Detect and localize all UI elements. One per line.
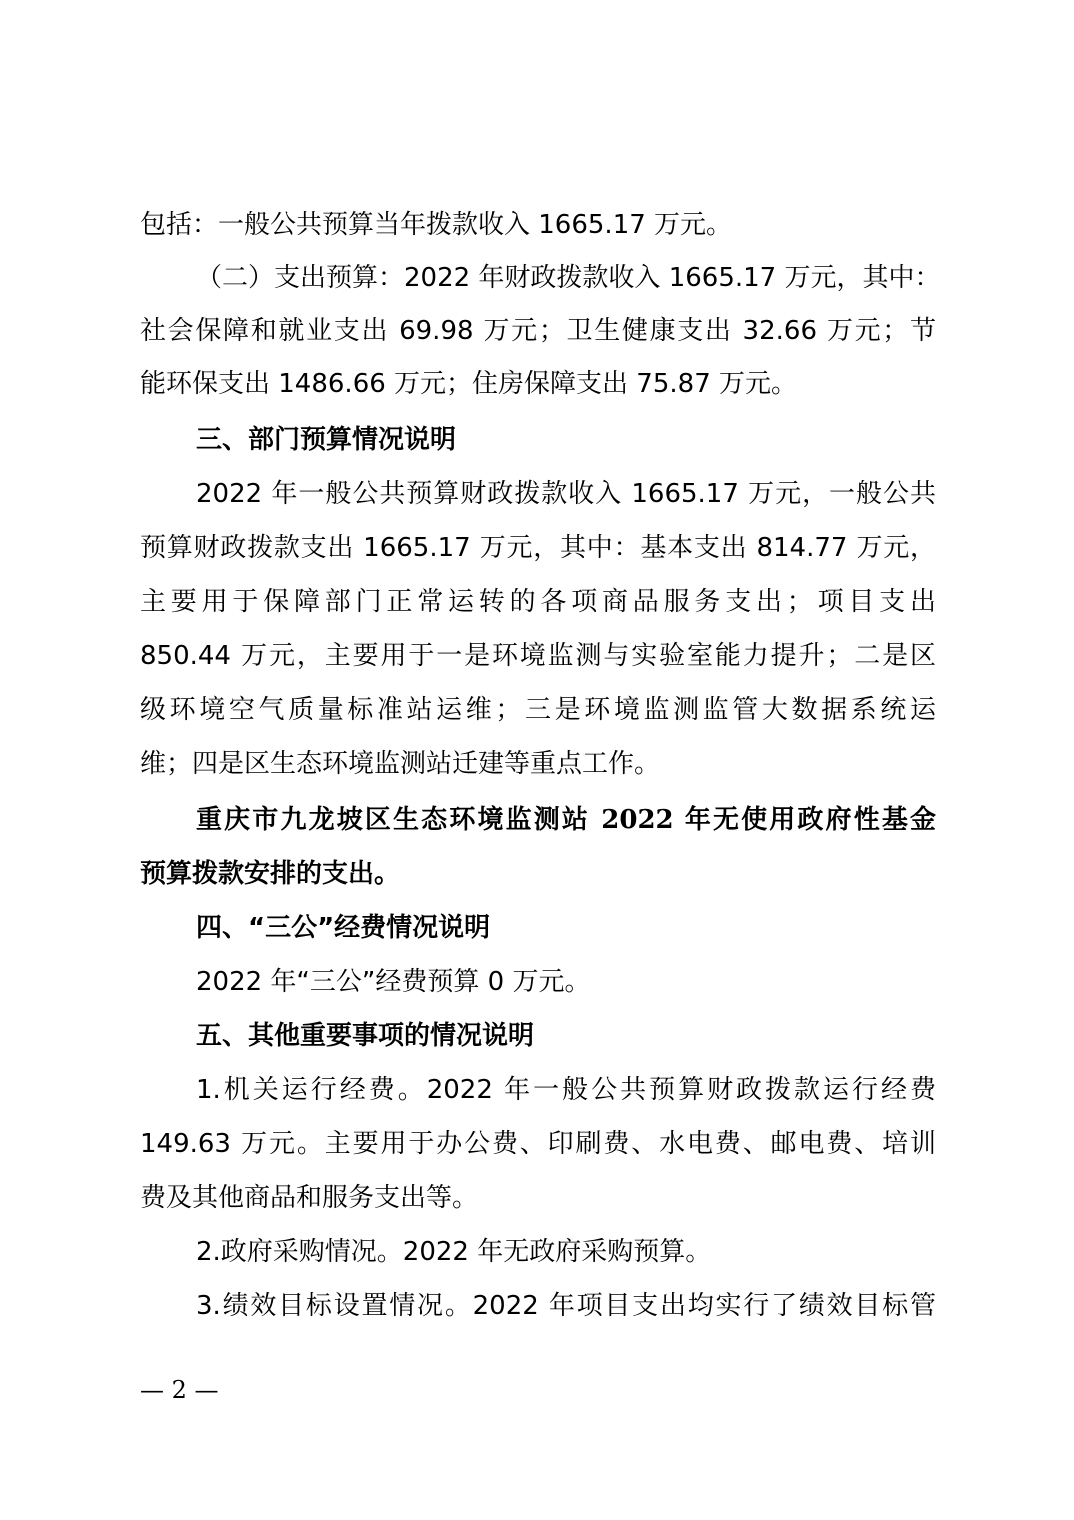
section-heading: 四、“三公”经费情况说明 (140, 908, 936, 948)
text-line: 3.绩效目标设置情况。2022 年项目支出均实行了绩效目标管 (140, 1286, 936, 1326)
text-line: 维；四是区生态环境监测站迁建等重点工作。 (140, 744, 936, 784)
bold-statement-line: 重庆市九龙坡区生态环境监测站 2022 年无使用政府性基金 (140, 800, 936, 840)
text-line: 费及其他商品和服务支出等。 (140, 1178, 936, 1218)
section-heading: 五、其他重要事项的情况说明 (140, 1016, 936, 1056)
text-line: 2022 年一般公共预算财政拨款收入 1665.17 万元，一般公共 (140, 474, 936, 514)
text-line: 主要用于保障部门正常运转的各项商品服务支出；项目支出 (140, 582, 936, 622)
text-line: 包括：一般公共预算当年拨款收入 1665.17 万元。 (140, 205, 936, 245)
text-line: （二）支出预算：2022 年财政拨款收入 1665.17 万元，其中： (140, 258, 936, 298)
text-line: 2.政府采购情况。2022 年无政府采购预算。 (140, 1232, 936, 1272)
text-line: 社会保障和就业支出 69.98 万元；卫生健康支出 32.66 万元；节 (140, 311, 936, 351)
text-line: 2022 年“三公”经费预算 0 万元。 (140, 962, 936, 1002)
text-line: 预算财政拨款支出 1665.17 万元，其中：基本支出 814.77 万元， (140, 528, 936, 568)
section-heading: 三、部门预算情况说明 (140, 420, 936, 460)
bold-statement-line: 预算拨款安排的支出。 (140, 854, 936, 894)
text-line: 能环保支出 1486.66 万元；住房保障支出 75.87 万元。 (140, 364, 936, 404)
text-line: 850.44 万元，主要用于一是环境监测与实验室能力提升；二是区 (140, 636, 936, 676)
text-line: 149.63 万元。主要用于办公费、印刷费、水电费、邮电费、培训 (140, 1124, 936, 1164)
text-line: 级环境空气质量标准站运维；三是环境监测监管大数据系统运 (140, 690, 936, 730)
page-number: — 2 — (140, 1370, 219, 1410)
text-line: 1.机关运行经费。2022 年一般公共预算财政拨款运行经费 (140, 1070, 936, 1110)
